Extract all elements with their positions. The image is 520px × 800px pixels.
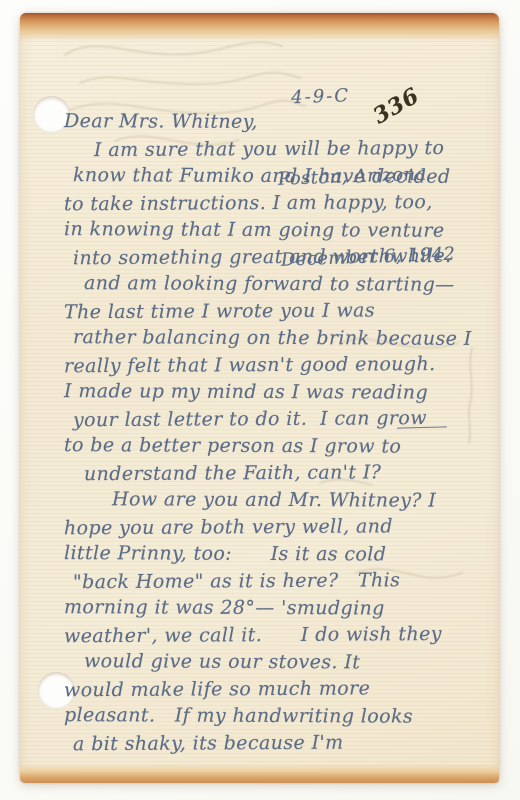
letter-line: I am sure that you will be happy to <box>64 135 489 165</box>
letter-line: understand the Faith, can't I? <box>64 459 489 489</box>
letter-page: 4-9-C Poston, Arizona December 6, 1942 3… <box>20 13 499 783</box>
letter-line: little Prinny, too: Is it as cold <box>64 540 489 569</box>
letter-line: into something great and worthwhile. <box>64 243 489 273</box>
letter-line: pleasant. If my handwriting looks <box>64 702 489 731</box>
letter-line: to take instructions. I am happy, too, <box>64 189 489 219</box>
letter-line: in knowing that I am going to venture <box>64 216 489 245</box>
letter-body: Dear Mrs. Whitney, I am sure that you wi… <box>64 109 489 757</box>
letter-line: your last letter to do it. I can grow <box>64 405 489 435</box>
letter-line: I made up my mind as I was reading <box>64 378 489 407</box>
letter-line: morning it was 28°— 'smudging <box>64 594 489 623</box>
scan-background: 4-9-C Poston, Arizona December 6, 1942 3… <box>0 0 520 800</box>
letter-line: and am looking forward to starting— <box>64 270 489 299</box>
letter-line: rather balancing on the brink because I <box>64 324 489 353</box>
paper-bottom-edge <box>20 764 499 783</box>
salutation: Dear Mrs. Whitney, <box>64 108 489 137</box>
letter-line: would make life so much more <box>64 675 489 705</box>
letter-line: to be a better person as I grow to <box>64 432 489 461</box>
letter-line: a bit shaky, its because I'm <box>64 729 489 759</box>
letter-line: The last time I wrote you I was <box>64 297 489 327</box>
letter-line: know that Fumiko and I have decided <box>64 162 489 191</box>
letter-line: hope you are both very well, and <box>64 513 489 543</box>
letter-line: How are you and Mr. Whitney? I <box>64 486 489 515</box>
letter-line: would give us our stoves. It <box>64 648 489 677</box>
letter-line: weather', we call it. I do wish they <box>64 621 489 651</box>
letter-line: really felt that I wasn't good enough. <box>64 351 489 381</box>
letter-line: "back Home" as it is here? This <box>64 567 489 597</box>
